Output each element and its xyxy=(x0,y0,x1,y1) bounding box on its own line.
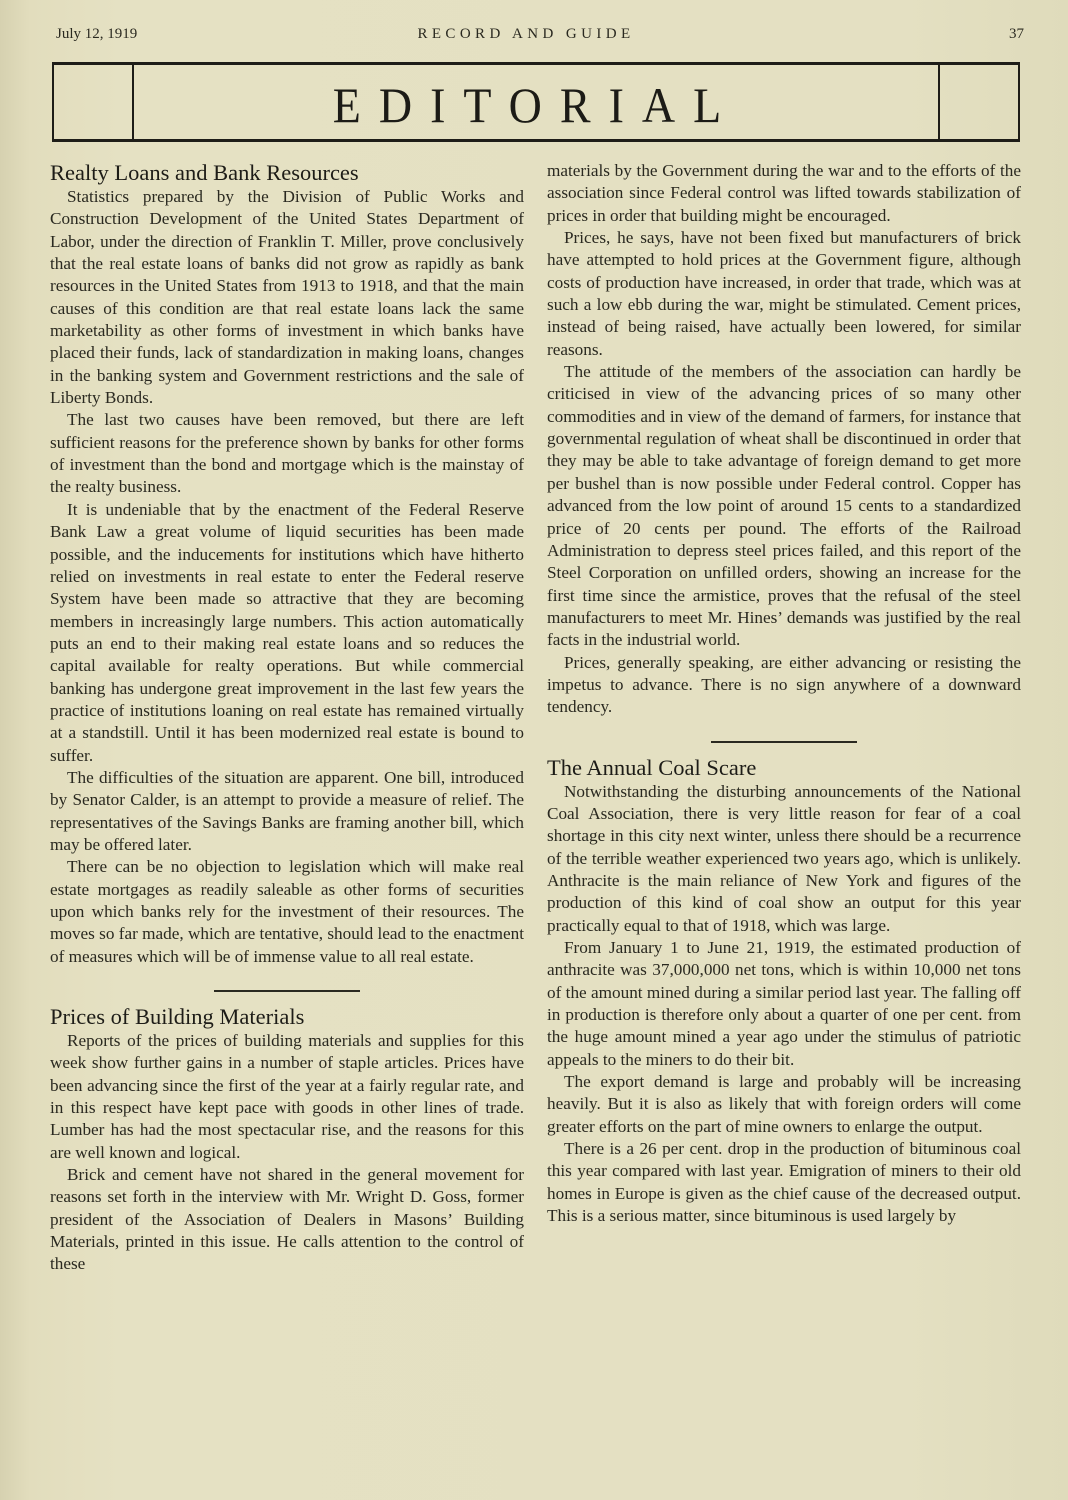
running-head: July 12, 1919 RECORD AND GUIDE 37 xyxy=(28,26,1024,48)
banner-right-divider xyxy=(938,65,940,139)
article-paragraph: materials by the Government during the w… xyxy=(547,160,1021,227)
article-paragraph: There is a 26 per cent. drop in the prod… xyxy=(547,1138,1021,1227)
article-paragraph: Statistics prepared by the Division of P… xyxy=(50,186,524,409)
article-building-materials: Prices of Building Materials Reports of … xyxy=(50,1004,524,1276)
page-number: 37 xyxy=(1009,26,1024,43)
article-paragraph: The last two causes have been removed, b… xyxy=(50,409,524,498)
article-paragraph: The attitude of the members of the assoc… xyxy=(547,361,1021,651)
article-paragraph: Reports of the prices of building materi… xyxy=(50,1030,524,1164)
section-divider xyxy=(214,990,360,992)
article-realty-loans: Realty Loans and Bank Resources Statisti… xyxy=(50,160,524,968)
column-right: materials by the Government during the w… xyxy=(547,160,1021,1227)
article-paragraph: Prices, generally speaking, are either a… xyxy=(547,652,1021,719)
article-paragraph: It is undeniable that by the enactment o… xyxy=(50,499,524,767)
article-paragraph: Prices, he says, have not been fixed but… xyxy=(547,227,1021,361)
article-headline: The Annual Coal Scare xyxy=(547,755,1021,781)
article-coal-scare: The Annual Coal Scare Notwithstanding th… xyxy=(547,755,1021,1228)
section-title: EDITORIAL xyxy=(54,77,1018,134)
article-headline: Realty Loans and Bank Resources xyxy=(50,160,524,186)
article-paragraph: The export demand is large and probably … xyxy=(547,1071,1021,1138)
article-paragraph: Brick and cement have not shared in the … xyxy=(50,1164,524,1276)
article-paragraph: From January 1 to June 21, 1919, the est… xyxy=(547,937,1021,1071)
article-paragraph: The difficulties of the situation are ap… xyxy=(50,767,524,856)
article-paragraph: Notwithstanding the disturbing announcem… xyxy=(547,781,1021,937)
editorial-banner: EDITORIAL xyxy=(52,62,1020,142)
article-paragraph: There can be no objection to legislation… xyxy=(50,856,524,968)
article-building-materials-continued: materials by the Government during the w… xyxy=(547,160,1021,719)
section-divider xyxy=(711,741,857,743)
publication-title: RECORD AND GUIDE xyxy=(28,26,1024,43)
column-left: Realty Loans and Bank Resources Statisti… xyxy=(50,160,524,1276)
article-headline: Prices of Building Materials xyxy=(50,1004,524,1030)
